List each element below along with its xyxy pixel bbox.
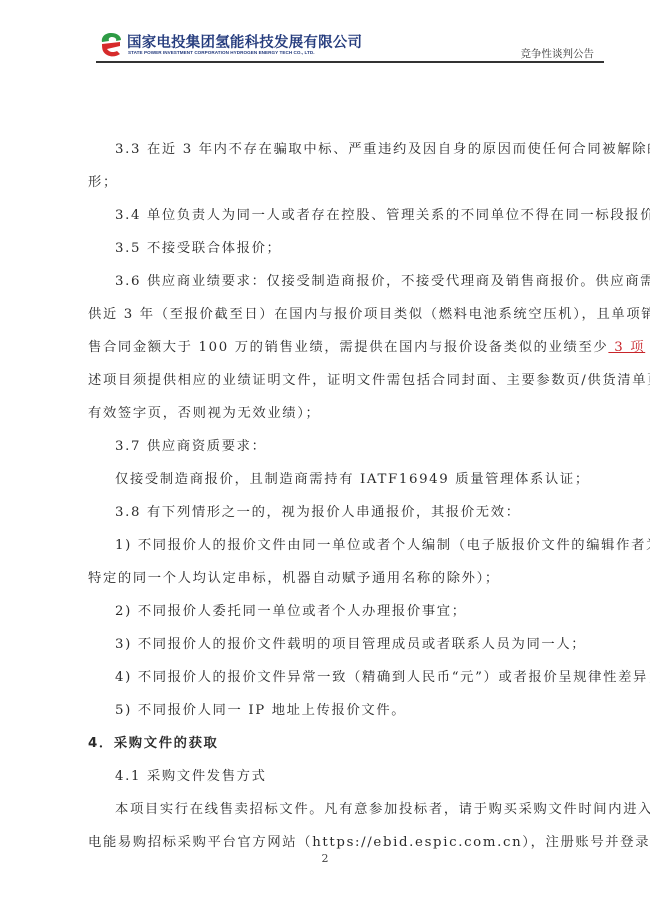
paragraph-line: 售合同金额大于 100 万的销售业绩，需提供在国内与报价设备类似的业绩至少 3 … xyxy=(88,339,650,357)
company-name-en: STATE POWER INVESTMENT CORPORATION HYDRO… xyxy=(128,50,315,55)
section-heading: 4．采购文件的获取 xyxy=(88,735,218,753)
paragraph-line: 4) 不同报价人的报价文件异常一致（精确到人民币“元”）或者报价呈规律性差异； xyxy=(115,669,650,687)
paragraph-line: 仅接受制造商报价，且制造商需持有 IATF16949 质量管理体系认证； xyxy=(115,471,590,489)
company-name-cn: 国家电投集团氢能科技发展有限公司 xyxy=(127,31,362,52)
paragraph-line: 有效签字页，否则视为无效业绩）； xyxy=(88,405,321,423)
paragraph-line: 1) 不同报价人的报价文件由同一单位或者个人编制（电子版报价文件的编辑作者为 xyxy=(115,537,650,555)
page-number: 2 xyxy=(0,852,650,865)
paragraph-line: 述项目须提供相应的业绩证明文件，证明文件需包括合同封面、主要参数页/供货清单页、 xyxy=(88,372,650,390)
paragraph-line: 3.6 供应商业绩要求：仅接受制造商报价，不接受代理商及销售商报价。供应商需提 xyxy=(115,273,650,291)
document-type: 竞争性谈判公告 xyxy=(521,46,595,61)
line-text: 售合同金额大于 100 万的销售业绩，需提供在国内与报价设备类似的业绩至少 xyxy=(88,340,608,355)
paragraph-line: 3.3 在近 3 年内不存在骗取中标、严重违约及因自身的原因而使任何合同被解除的… xyxy=(115,141,650,159)
paragraph-line: 4.1 采购文件发售方式 xyxy=(115,768,267,786)
paragraph-line: 3) 不同报价人的报价文件载明的项目管理成员或者联系人员为同一人； xyxy=(115,636,586,654)
paragraph-line: 形； xyxy=(88,174,118,192)
paragraph-line: 2) 不同报价人委托同一单位或者个人办理报价事宜； xyxy=(115,603,467,621)
company-logo-icon xyxy=(100,32,122,58)
paragraph-line: 电能易购招标采购平台官方网站（https://ebid.espic.com.cn… xyxy=(88,834,650,852)
paragraph-line: 3.7 供应商资质要求： xyxy=(115,438,267,456)
line-text: （上 xyxy=(645,340,650,355)
paragraph-line: 供近 3 年（至报价截至日）在国内与报价项目类似（燃料电池系统空压机），且单项销 xyxy=(88,306,650,324)
header-divider xyxy=(96,61,604,63)
paragraph-line: 特定的同一个人均认定串标，机器自动赋予通用名称的除外）； xyxy=(88,570,500,588)
paragraph-line: 3.8 有下列情形之一的，视为报价人串通报价，其报价无效： xyxy=(115,504,521,522)
paragraph-line: 3.5 不接受联合体报价； xyxy=(115,240,282,258)
paragraph-line: 3.4 单位负责人为同一人或者存在控股、管理关系的不同单位不得在同一标段报价； xyxy=(115,207,650,225)
paragraph-line: 本项目实行在线售卖招标文件。凡有意参加投标者，请于购买采购文件时间内进入 xyxy=(115,801,650,819)
paragraph-line: 5) 不同报价人同一 IP 地址上传报价文件。 xyxy=(115,702,406,720)
page-header: 国家电投集团氢能科技发展有限公司 STATE POWER INVESTMENT … xyxy=(96,28,604,68)
highlighted-count: 3 项 xyxy=(608,340,645,355)
